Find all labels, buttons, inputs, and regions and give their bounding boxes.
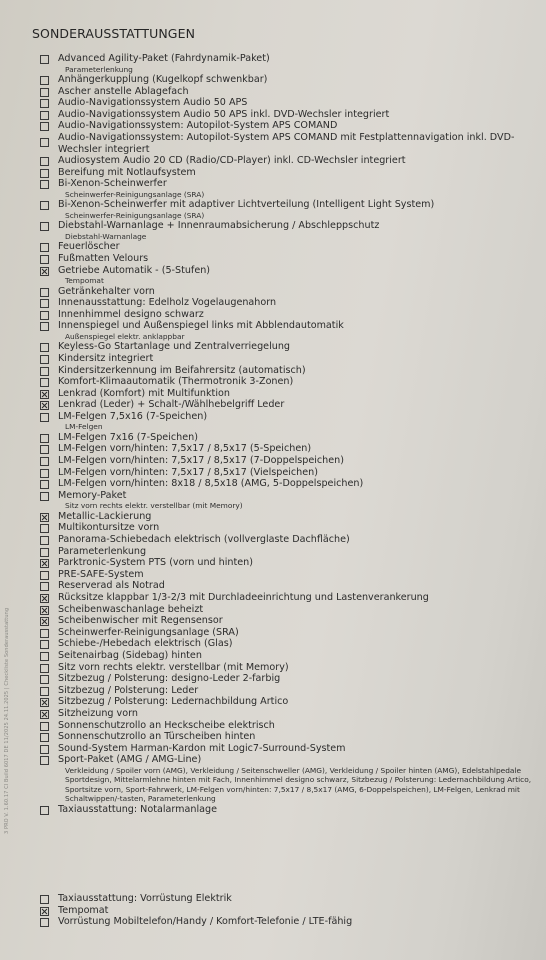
option-item: Scheinwerfer-Reinigungsanlage (SRA) xyxy=(40,627,540,639)
option-item: Vorrüstung Mobiltelefon/Handy / Komfort-… xyxy=(40,916,540,928)
option-item: Sitzbezug / Polsterung: Leder xyxy=(40,685,540,697)
checklist-page: SONDERAUSSTATTUNGEN Advanced Agility-Pak… xyxy=(0,0,546,960)
option-item: Sitzbezug / Polsterung: designo-Leder 2-… xyxy=(40,673,540,685)
unchecked-box-icon[interactable] xyxy=(40,745,49,754)
option-item: Tempomat xyxy=(40,905,540,917)
unchecked-box-icon[interactable] xyxy=(40,355,49,364)
option-included-note: Diebstahl-Warnanlage xyxy=(40,232,540,241)
unchecked-box-icon[interactable] xyxy=(40,99,49,108)
option-item: Metallic-Lackierung xyxy=(40,511,540,523)
unchecked-box-icon[interactable] xyxy=(40,222,49,231)
checked-box-icon[interactable] xyxy=(40,710,49,719)
checked-box-icon[interactable] xyxy=(40,267,49,276)
option-item: Feuerlöscher xyxy=(40,241,540,253)
option-label: Sitz vorn rechts elektr. verstellbar (mi… xyxy=(58,662,540,674)
option-item: Audio-Navigationssystem Audio 50 APS xyxy=(40,97,540,109)
option-label: Taxiausstattung: Notalarmanlage xyxy=(58,804,540,816)
option-item: LM-Felgen 7x16 (7-Speichen) xyxy=(40,432,540,444)
unchecked-box-icon[interactable] xyxy=(40,157,49,166)
option-item: LM-Felgen 7,5x16 (7-Speichen) xyxy=(40,411,540,423)
option-label: Scheibenwischer mit Regensensor xyxy=(58,615,540,627)
unchecked-box-icon[interactable] xyxy=(40,122,49,131)
checked-box-icon[interactable] xyxy=(40,617,49,626)
option-item: Bi-Xenon-Scheinwerfer xyxy=(40,178,540,190)
option-label: Audio-Navigationssystem Audio 50 APS xyxy=(58,97,540,109)
unchecked-box-icon[interactable] xyxy=(40,243,49,252)
unchecked-box-icon[interactable] xyxy=(40,138,49,147)
option-label: Sitzheizung vorn xyxy=(58,708,540,720)
option-item: Fußmatten Velours xyxy=(40,253,540,265)
unchecked-box-icon[interactable] xyxy=(40,895,49,904)
unchecked-box-icon[interactable] xyxy=(40,492,49,501)
checked-box-icon[interactable] xyxy=(40,907,49,916)
option-label: Innenhimmel designo schwarz xyxy=(58,309,540,321)
option-label: Audiosystem Audio 20 CD (Radio/CD-Player… xyxy=(58,155,540,167)
option-item: Audiosystem Audio 20 CD (Radio/CD-Player… xyxy=(40,155,540,167)
option-label: PRE-SAFE-System xyxy=(58,569,540,581)
option-item: Keyless-Go Startanlage und Zentralverrie… xyxy=(40,341,540,353)
option-label: Metallic-Lackierung xyxy=(58,511,540,523)
unchecked-box-icon[interactable] xyxy=(40,413,49,422)
option-included-note: Scheinwerfer-Reinigungsanlage (SRA) xyxy=(40,211,540,220)
option-label: Fußmatten Velours xyxy=(58,253,540,265)
option-included-note: Verkleidung / Spoiler vorn (AMG), Verkle… xyxy=(40,766,540,804)
option-item: Sitzheizung vorn xyxy=(40,708,540,720)
option-item: Getriebe Automatik - (5-Stufen) xyxy=(40,265,540,277)
option-label: Sitzbezug / Polsterung: designo-Leder 2-… xyxy=(58,673,540,685)
option-item: Rücksitze klappbar 1/3-2/3 mit Durchlade… xyxy=(40,592,540,604)
option-item: Scheibenwischer mit Regensensor xyxy=(40,615,540,627)
option-label: Sitzbezug / Polsterung: Leder xyxy=(58,685,540,697)
unchecked-box-icon[interactable] xyxy=(40,733,49,742)
unchecked-box-icon[interactable] xyxy=(40,524,49,533)
unchecked-box-icon[interactable] xyxy=(40,343,49,352)
unchecked-box-icon[interactable] xyxy=(40,311,49,320)
option-label: Sport-Paket (AMG / AMG-Line) xyxy=(58,754,540,766)
option-label: Seitenairbag (Sidebag) hinten xyxy=(58,650,540,662)
option-label: Sitzbezug / Polsterung: Ledernachbildung… xyxy=(58,696,540,708)
unchecked-box-icon[interactable] xyxy=(40,299,49,308)
option-item: Lenkrad (Leder) + Schalt-/Wählhebelgriff… xyxy=(40,399,540,411)
option-included-note: Scheinwerfer-Reinigungsanlage (SRA) xyxy=(40,190,540,199)
unchecked-box-icon[interactable] xyxy=(40,55,49,64)
option-item: Komfort-Klimaautomatik (Thermotronik 3-Z… xyxy=(40,376,540,388)
option-label: Scheibenwaschanlage beheizt xyxy=(58,604,540,616)
option-item: Lenkrad (Komfort) mit Multifunktion xyxy=(40,388,540,400)
option-item: Sound-System Harman-Kardon mit Logic7-Su… xyxy=(40,743,540,755)
option-item: Kindersitz integriert xyxy=(40,353,540,365)
checked-box-icon[interactable] xyxy=(40,606,49,615)
option-label: Sound-System Harman-Kardon mit Logic7-Su… xyxy=(58,743,540,755)
option-item: LM-Felgen vorn/hinten: 8x18 / 8,5x18 (AM… xyxy=(40,478,540,490)
option-label: LM-Felgen 7x16 (7-Speichen) xyxy=(58,432,540,444)
option-label: LM-Felgen 7,5x16 (7-Speichen) xyxy=(58,411,540,423)
checked-box-icon[interactable] xyxy=(40,513,49,522)
unchecked-box-icon[interactable] xyxy=(40,88,49,97)
option-item: LM-Felgen vorn/hinten: 7,5x17 / 8,5x17 (… xyxy=(40,443,540,455)
option-item: Sonnenschutzrollo an Heckscheibe elektri… xyxy=(40,720,540,732)
option-item: Parameterlenkung xyxy=(40,546,540,558)
option-label: Sonnenschutzrollo an Türscheiben hinten xyxy=(58,731,540,743)
option-label: Kindersitz integriert xyxy=(58,353,540,365)
option-item: PRE-SAFE-System xyxy=(40,569,540,581)
unchecked-box-icon[interactable] xyxy=(40,756,49,765)
options-list: Advanced Agility-Paket (Fahrdynamik-Pake… xyxy=(40,53,540,815)
option-label: Bereifung mit Notlaufsystem xyxy=(58,167,540,179)
option-item: Innenausstattung: Edelholz Vogelaugenaho… xyxy=(40,297,540,309)
option-label: Schiebe-/Hebedach elektrisch (Glas) xyxy=(58,638,540,650)
checked-box-icon[interactable] xyxy=(40,559,49,568)
option-included-note: Außenspiegel elektr. anklappbar xyxy=(40,332,540,341)
option-item: Audio-Navigationssystem Audio 50 APS ink… xyxy=(40,109,540,121)
unchecked-box-icon[interactable] xyxy=(40,629,49,638)
unchecked-box-icon[interactable] xyxy=(40,675,49,684)
option-label: Komfort-Klimaautomatik (Thermotronik 3-Z… xyxy=(58,376,540,388)
option-label: Audio-Navigationssystem Audio 50 APS ink… xyxy=(58,109,540,121)
option-item: Kindersitzerkennung im Beifahrersitz (au… xyxy=(40,365,540,377)
checked-box-icon[interactable] xyxy=(40,594,49,603)
option-label: Anhängerkupplung (Kugelkopf schwenkbar) xyxy=(58,74,540,86)
checked-box-icon[interactable] xyxy=(40,698,49,707)
option-label: Kindersitzerkennung im Beifahrersitz (au… xyxy=(58,365,540,377)
option-label: Sonnenschutzrollo an Heckscheibe elektri… xyxy=(58,720,540,732)
option-included-note: Tempomat xyxy=(40,276,540,285)
margin-footer-note: 3 PRO V. 1.60.17 CI Build 6017 DE 11/202… xyxy=(4,608,10,834)
option-label: Keyless-Go Startanlage und Zentralverrie… xyxy=(58,341,540,353)
unchecked-box-icon[interactable] xyxy=(40,288,49,297)
option-item: Sitz vorn rechts elektr. verstellbar (mi… xyxy=(40,662,540,674)
option-included-note: LM-Felgen xyxy=(40,422,540,431)
option-item: Taxiausstattung: Notalarmanlage xyxy=(40,804,540,816)
option-item: Audio-Navigationssystem: Autopilot-Syste… xyxy=(40,120,540,132)
unchecked-box-icon[interactable] xyxy=(40,180,49,189)
option-label: Lenkrad (Leder) + Schalt-/Wählhebelgriff… xyxy=(58,399,540,411)
option-label: Innenausstattung: Edelholz Vogelaugenaho… xyxy=(58,297,540,309)
option-label: Bi-Xenon-Scheinwerfer xyxy=(58,178,540,190)
option-item: Taxiausstattung: Vorrüstung Elektrik xyxy=(40,893,540,905)
option-label: LM-Felgen vorn/hinten: 7,5x17 / 8,5x17 (… xyxy=(58,443,540,455)
option-label: Taxiausstattung: Vorrüstung Elektrik xyxy=(58,893,540,905)
option-item: Getränkehalter vorn xyxy=(40,286,540,298)
unchecked-box-icon[interactable] xyxy=(40,548,49,557)
option-item: Memory-Paket xyxy=(40,490,540,502)
option-item: Sonnenschutzrollo an Türscheiben hinten xyxy=(40,731,540,743)
option-item: LM-Felgen vorn/hinten: 7,5x17 / 8,5x17 (… xyxy=(40,467,540,479)
option-label: Audio-Navigationssystem: Autopilot-Syste… xyxy=(58,132,540,155)
option-item: Panorama-Schiebedach elektrisch (vollver… xyxy=(40,534,540,546)
unchecked-box-icon[interactable] xyxy=(40,652,49,661)
unchecked-box-icon[interactable] xyxy=(40,445,49,454)
option-label: Getriebe Automatik - (5-Stufen) xyxy=(58,265,540,277)
unchecked-box-icon[interactable] xyxy=(40,806,49,815)
unchecked-box-icon[interactable] xyxy=(40,111,49,120)
option-label: Lenkrad (Komfort) mit Multifunktion xyxy=(58,388,540,400)
option-item: Scheibenwaschanlage beheizt xyxy=(40,604,540,616)
option-item: Bi-Xenon-Scheinwerfer mit adaptiver Lich… xyxy=(40,199,540,211)
option-label: Innenspiegel und Außenspiegel links mit … xyxy=(58,320,540,332)
option-label: LM-Felgen vorn/hinten: 7,5x17 / 8,5x17 (… xyxy=(58,455,540,467)
option-item: Sport-Paket (AMG / AMG-Line) xyxy=(40,754,540,766)
option-label: Bi-Xenon-Scheinwerfer mit adaptiver Lich… xyxy=(58,199,540,211)
option-label: Rücksitze klappbar 1/3-2/3 mit Durchlade… xyxy=(58,592,540,604)
option-label: Parameterlenkung xyxy=(58,546,540,558)
option-item: Reserverad als Notrad xyxy=(40,580,540,592)
option-label: Parktronic-System PTS (vorn und hinten) xyxy=(58,557,540,569)
option-item: Parktronic-System PTS (vorn und hinten) xyxy=(40,557,540,569)
option-label: Getränkehalter vorn xyxy=(58,286,540,298)
option-item: Anhängerkupplung (Kugelkopf schwenkbar) xyxy=(40,74,540,86)
unchecked-box-icon[interactable] xyxy=(40,664,49,673)
unchecked-box-icon[interactable] xyxy=(40,469,49,478)
unchecked-box-icon[interactable] xyxy=(40,640,49,649)
checked-box-icon[interactable] xyxy=(40,390,49,399)
option-item: Multikontursitze vorn xyxy=(40,522,540,534)
option-item: Diebstahl-Warnanlage + Innenraumabsicher… xyxy=(40,220,540,232)
options-list-continued: Taxiausstattung: Vorrüstung ElektrikTemp… xyxy=(40,893,540,928)
option-item: Seitenairbag (Sidebag) hinten xyxy=(40,650,540,662)
option-label: LM-Felgen vorn/hinten: 8x18 / 8,5x18 (AM… xyxy=(58,478,540,490)
unchecked-box-icon[interactable] xyxy=(40,378,49,387)
unchecked-box-icon[interactable] xyxy=(40,918,49,927)
option-item: Innenspiegel und Außenspiegel links mit … xyxy=(40,320,540,332)
unchecked-box-icon[interactable] xyxy=(40,169,49,178)
option-item: LM-Felgen vorn/hinten: 7,5x17 / 8,5x17 (… xyxy=(40,455,540,467)
unchecked-box-icon[interactable] xyxy=(40,571,49,580)
page-title: SONDERAUSSTATTUNGEN xyxy=(32,26,195,41)
unchecked-box-icon[interactable] xyxy=(40,201,49,210)
unchecked-box-icon[interactable] xyxy=(40,582,49,591)
option-label: Multikontursitze vorn xyxy=(58,522,540,534)
unchecked-box-icon[interactable] xyxy=(40,536,49,545)
unchecked-box-icon[interactable] xyxy=(40,457,49,466)
unchecked-box-icon[interactable] xyxy=(40,322,49,331)
unchecked-box-icon[interactable] xyxy=(40,367,49,376)
unchecked-box-icon[interactable] xyxy=(40,722,49,731)
option-label: Advanced Agility-Paket (Fahrdynamik-Pake… xyxy=(58,53,540,65)
option-item: Schiebe-/Hebedach elektrisch (Glas) xyxy=(40,638,540,650)
option-included-note: Sitz vorn rechts elektr. verstellbar (mi… xyxy=(40,501,540,510)
option-label: Scheinwerfer-Reinigungsanlage (SRA) xyxy=(58,627,540,639)
unchecked-box-icon[interactable] xyxy=(40,434,49,443)
option-item: Bereifung mit Notlaufsystem xyxy=(40,167,540,179)
option-label: Memory-Paket xyxy=(58,490,540,502)
option-label: Panorama-Schiebedach elektrisch (vollver… xyxy=(58,534,540,546)
option-label: Diebstahl-Warnanlage + Innenraumabsicher… xyxy=(58,220,540,232)
option-item: Advanced Agility-Paket (Fahrdynamik-Pake… xyxy=(40,53,540,65)
option-included-note: Parameterlenkung xyxy=(40,65,540,74)
option-label: Tempomat xyxy=(58,905,540,917)
unchecked-box-icon[interactable] xyxy=(40,255,49,264)
unchecked-box-icon[interactable] xyxy=(40,76,49,85)
unchecked-box-icon[interactable] xyxy=(40,687,49,696)
option-item: Audio-Navigationssystem: Autopilot-Syste… xyxy=(40,132,540,155)
option-item: Ascher anstelle Ablagefach xyxy=(40,86,540,98)
option-label: Audio-Navigationssystem: Autopilot-Syste… xyxy=(58,120,540,132)
option-item: Sitzbezug / Polsterung: Ledernachbildung… xyxy=(40,696,540,708)
option-label: Ascher anstelle Ablagefach xyxy=(58,86,540,98)
option-label: Reserverad als Notrad xyxy=(58,580,540,592)
option-item: Innenhimmel designo schwarz xyxy=(40,309,540,321)
option-label: Vorrüstung Mobiltelefon/Handy / Komfort-… xyxy=(58,916,540,928)
option-label: Feuerlöscher xyxy=(58,241,540,253)
option-label: LM-Felgen vorn/hinten: 7,5x17 / 8,5x17 (… xyxy=(58,467,540,479)
unchecked-box-icon[interactable] xyxy=(40,480,49,489)
checked-box-icon[interactable] xyxy=(40,401,49,410)
